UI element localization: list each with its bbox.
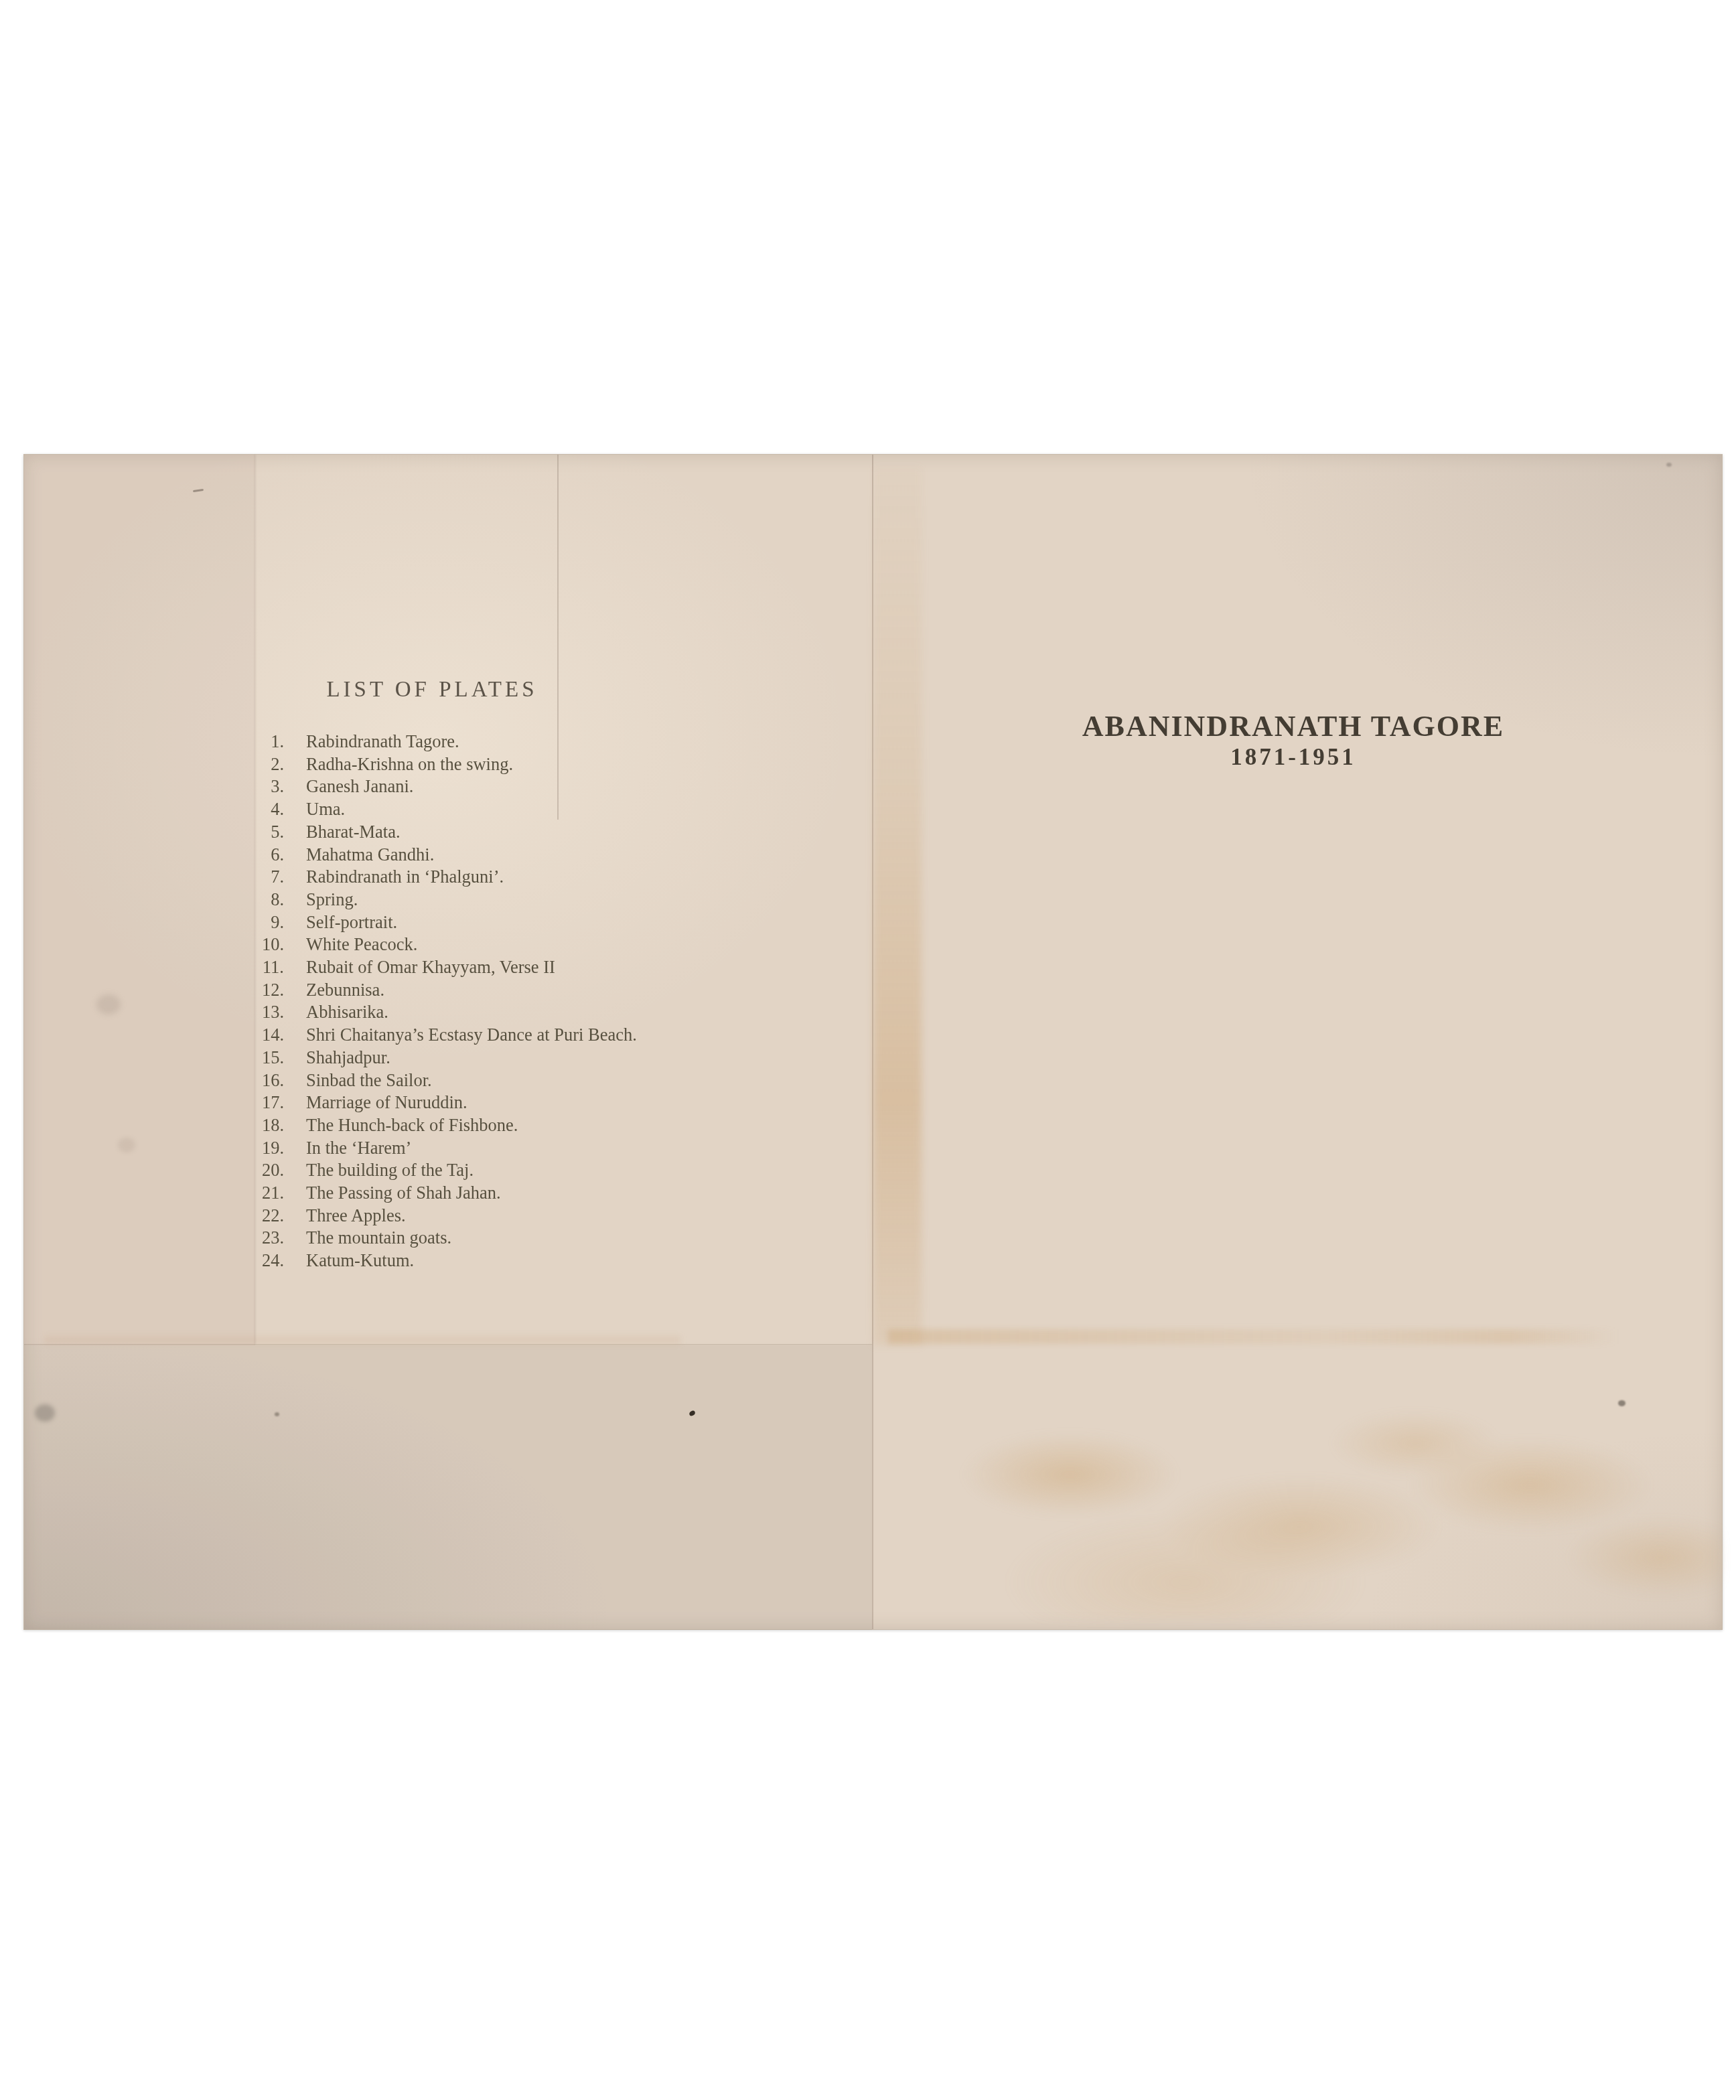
paper-smudge [35,1404,55,1422]
foxing-stain-band [955,1412,1722,1620]
plate-title: The building of the Taj. [306,1160,474,1180]
plate-number: 21. [245,1182,284,1205]
plate-row: 5.Bharat-Mata. [245,821,637,844]
paper-speck [1666,463,1672,467]
plate-number: 22. [245,1205,284,1227]
plate-row: 23.The mountain goats. [245,1227,637,1250]
plate-row: 22.Three Apples. [245,1205,637,1227]
plate-number: 14. [245,1024,284,1047]
plate-number: 7. [245,866,284,889]
paper-shading-left-margin [24,455,255,1345]
plate-title: Rabindranath in ‘Phalguni’. [306,867,504,887]
plate-row: 10.White Peacock. [245,933,637,956]
plate-number: 4. [245,798,284,821]
plate-row: 20.The building of the Taj. [245,1159,637,1182]
plate-number: 9. [245,911,284,934]
plate-number: 11. [245,956,284,979]
plate-number: 23. [245,1227,284,1250]
plate-row: 8.Spring. [245,889,637,911]
plate-title: Uma. [306,799,345,819]
plate-title: Zebunnisa. [306,980,384,1000]
plate-title: Three Apples. [306,1205,406,1225]
plate-title: Radha-Krishna on the swing. [306,754,513,774]
plate-number: 8. [245,889,284,911]
plate-title: Spring. [306,889,358,909]
plate-number: 12. [245,979,284,1002]
plate-title: Sinbad the Sailor. [306,1070,432,1090]
plate-number: 24. [245,1250,284,1272]
paper-smudge [118,1138,135,1152]
plate-title: The mountain goats. [306,1227,451,1248]
plate-row: 14.Shri Chaitanya’s Ecstasy Dance at Pur… [245,1024,637,1047]
plate-title: Abhisarika. [306,1002,388,1022]
paper-shading-bottom-left [24,1344,872,1630]
plate-row: 6.Mahatma Gandhi. [245,844,637,867]
paper-speck [275,1412,279,1416]
plate-number: 20. [245,1159,284,1182]
plate-row: 13.Abhisarika. [245,1001,637,1024]
plate-row: 2.Radha-Krishna on the swing. [245,753,637,776]
plate-title: White Peacock. [306,934,417,954]
plate-row: 15.Shahjadpur. [245,1047,637,1069]
paper-smudge [96,994,121,1015]
plate-row: 21.The Passing of Shah Jahan. [245,1182,637,1205]
plate-title: Self-portrait. [306,912,397,932]
plate-number: 15. [245,1047,284,1069]
plate-title: Mahatma Gandhi. [306,844,434,865]
plate-row: 16.Sinbad the Sailor. [245,1069,637,1092]
plate-number: 1. [245,731,284,753]
plate-title: Shri Chaitanya’s Ecstasy Dance at Puri B… [306,1025,637,1045]
plate-row: 18.The Hunch-back of Fishbone. [245,1114,637,1137]
plate-number: 3. [245,775,284,798]
scan-background: LIST OF PLATES 1.Rabindranath Tagore. 2.… [0,0,1736,2100]
plate-number: 16. [245,1069,284,1092]
plate-row: 19.In the ‘Harem’ [245,1137,637,1160]
paper-speck [1618,1400,1625,1406]
plate-title: Rabindranath Tagore. [306,731,459,751]
plate-title: Ganesh Janani. [306,776,413,796]
plate-row: 11.Rubait of Omar Khayyam, Verse II [245,956,637,979]
essay-title: ABANINDRANATH TAGORE [1031,712,1556,741]
plate-number: 2. [245,753,284,776]
plate-number: 13. [245,1001,284,1024]
plate-title: In the ‘Harem’ [306,1138,411,1158]
plate-title: The Passing of Shah Jahan. [306,1183,501,1203]
list-heading: LIST OF PLATES [244,678,620,702]
plate-list: 1.Rabindranath Tagore. 2.Radha-Krishna o… [245,731,637,1272]
book-spread: LIST OF PLATES 1.Rabindranath Tagore. 2.… [23,454,1723,1630]
plate-row: 1.Rabindranath Tagore. [245,731,637,753]
plate-row: 9.Self-portrait. [245,911,637,934]
essay-years: 1871-1951 [1031,745,1556,769]
plate-row: 24.Katum-Kutum. [245,1250,637,1272]
plate-title: The Hunch-back of Fishbone. [306,1115,518,1135]
plate-row: 7.Rabindranath in ‘Phalguni’. [245,866,637,889]
plate-number: 10. [245,933,284,956]
plate-row: 12.Zebunnisa. [245,979,637,1002]
plate-title: Shahjadpur. [306,1047,390,1067]
plate-row: 3.Ganesh Janani. [245,775,637,798]
plate-title: Rubait of Omar Khayyam, Verse II [306,957,555,977]
stain-streak-left-page [44,1336,680,1344]
plate-title: Marriage of Nuruddin. [306,1092,467,1112]
plate-number: 19. [245,1137,284,1160]
plate-number: 17. [245,1092,284,1114]
plate-number: 5. [245,821,284,844]
plate-number: 6. [245,844,284,867]
plate-row: 4.Uma. [245,798,637,821]
gutter-fold-stain [873,468,922,1345]
stain-streak-right-page [888,1329,1618,1344]
plate-title: Bharat-Mata. [306,822,401,842]
plate-title: Katum-Kutum. [306,1250,414,1270]
plate-number: 18. [245,1114,284,1137]
plate-row: 17.Marriage of Nuruddin. [245,1092,637,1114]
